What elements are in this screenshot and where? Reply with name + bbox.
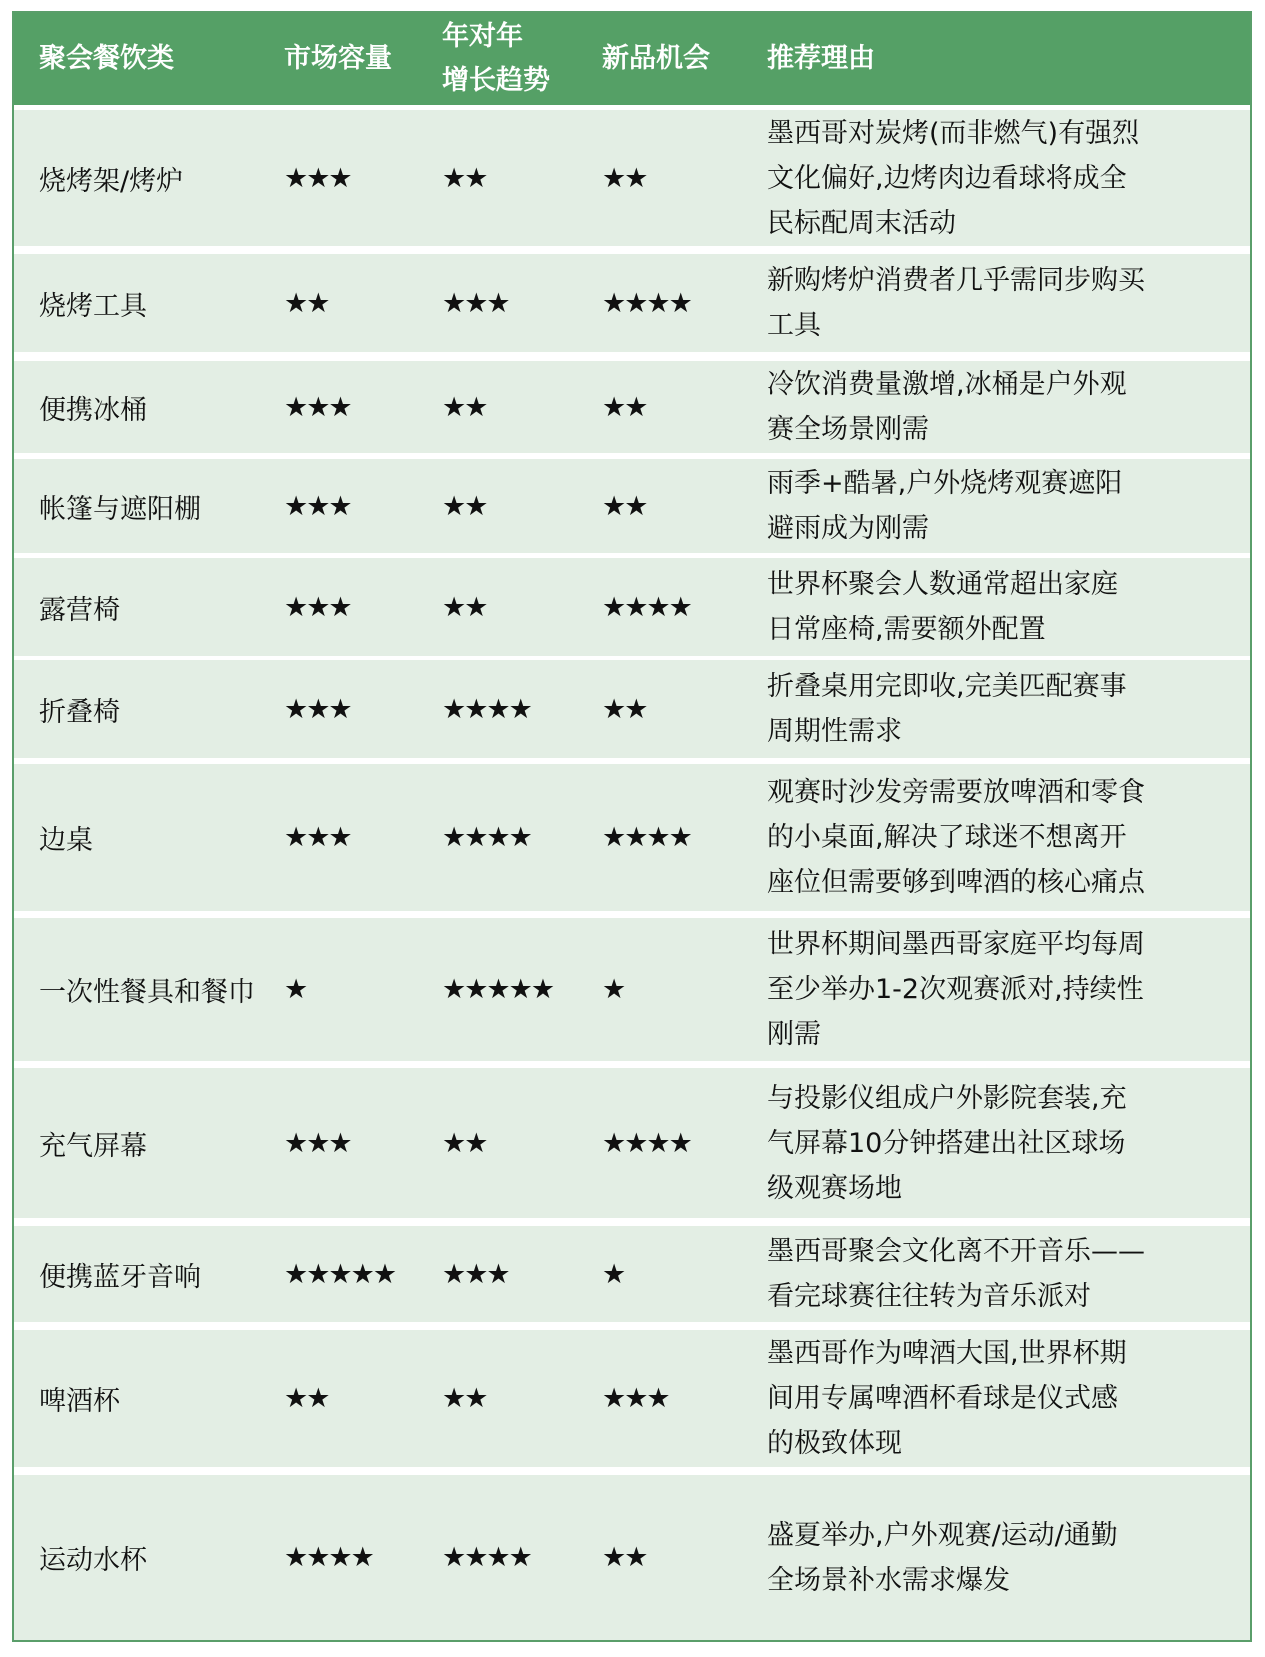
- market-size-rating: ★★★: [284, 1068, 444, 1218]
- market-size-rating: ★★: [284, 254, 444, 352]
- opportunity-rating: ★★: [602, 660, 762, 758]
- category-cell: 烧烤架/烤炉: [39, 110, 289, 246]
- table-row: 露营椅★★★★★★★★★世界杯聚会人数通常超出家庭 日常座椅,需要额外配置: [14, 558, 1250, 656]
- opportunity-rating: ★: [602, 918, 762, 1061]
- opportunity-rating: ★★: [602, 110, 762, 246]
- table-row: 便携冰桶★★★★★★★冷饮消费量激增,冰桶是户外观 赛全场景刚需: [14, 361, 1250, 453]
- category-cell: 一次性餐具和餐巾: [39, 918, 289, 1061]
- yoy-growth-rating: ★★★: [442, 254, 612, 352]
- yoy-growth-rating: ★★★★: [442, 764, 612, 911]
- table-row: 一次性餐具和餐巾★★★★★★★世界杯期间墨西哥家庭平均每周 至少举办1-2次观赛…: [14, 918, 1250, 1061]
- category-cell: 充气屏幕: [39, 1068, 289, 1218]
- yoy-growth-rating: ★★★★: [442, 1475, 612, 1640]
- header-reason: 推荐理由: [767, 13, 1237, 105]
- reason-cell: 墨西哥对炭烤(而非燃气)有强烈 文化偏好,边烤肉边看球将成全 民标配周末活动: [767, 110, 1237, 246]
- reason-cell: 冷饮消费量激增,冰桶是户外观 赛全场景刚需: [767, 361, 1237, 453]
- category-cell: 边桌: [39, 764, 289, 911]
- reason-cell: 世界杯聚会人数通常超出家庭 日常座椅,需要额外配置: [767, 558, 1237, 656]
- market-size-rating: ★: [284, 918, 444, 1061]
- opportunity-rating: ★★★★: [602, 764, 762, 911]
- header-market-size: 市场容量: [284, 13, 444, 105]
- table-row: 运动水杯★★★★★★★★★★盛夏举办,户外观赛/运动/通勤 全场景补水需求爆发: [14, 1475, 1250, 1640]
- opportunity-rating: ★★: [602, 459, 762, 553]
- header-new-product-opportunity: 新品机会: [602, 13, 762, 105]
- category-cell: 露营椅: [39, 558, 289, 656]
- market-size-rating: ★★★: [284, 361, 444, 453]
- market-size-rating: ★★★★★: [284, 1226, 444, 1322]
- market-size-rating: ★★★: [284, 558, 444, 656]
- reason-cell: 雨季+酷暑,户外烧烤观赛遮阳 避雨成为刚需: [767, 459, 1237, 553]
- yoy-growth-rating: ★★: [442, 110, 612, 246]
- category-cell: 帐篷与遮阳棚: [39, 459, 289, 553]
- reason-cell: 与投影仪组成户外影院套装,充 气屏幕10分钟搭建出社区球场 级观赛场地: [767, 1068, 1237, 1218]
- opportunity-rating: ★★★★: [602, 558, 762, 656]
- market-size-rating: ★★★: [284, 459, 444, 553]
- market-size-rating: ★★★: [284, 110, 444, 246]
- category-cell: 便携蓝牙音响: [39, 1226, 289, 1322]
- table-row: 边桌★★★★★★★★★★★观赛时沙发旁需要放啤酒和零食 的小桌面,解决了球迷不想…: [14, 764, 1250, 911]
- market-size-rating: ★★: [284, 1330, 444, 1467]
- yoy-growth-rating: ★★★★★: [442, 918, 612, 1061]
- table-row: 折叠椅★★★★★★★★★折叠桌用完即收,完美匹配赛事 周期性需求: [14, 660, 1250, 758]
- yoy-growth-rating: ★★: [442, 361, 612, 453]
- opportunity-rating: ★: [602, 1226, 762, 1322]
- table-row: 烧烤架/烤炉★★★★★★★墨西哥对炭烤(而非燃气)有强烈 文化偏好,边烤肉边看球…: [14, 110, 1250, 246]
- category-cell: 烧烤工具: [39, 254, 289, 352]
- opportunity-rating: ★★★★: [602, 1068, 762, 1218]
- yoy-growth-rating: ★★★★: [442, 660, 612, 758]
- table-row: 充气屏幕★★★★★★★★★与投影仪组成户外影院套装,充 气屏幕10分钟搭建出社区…: [14, 1068, 1250, 1218]
- table-header: 聚会餐饮类 市场容量 年对年 增长趋势 新品机会 推荐理由: [14, 13, 1250, 105]
- header-yoy-growth: 年对年 增长趋势: [442, 13, 612, 105]
- table-row: 便携蓝牙音响★★★★★★★★★墨西哥聚会文化离不开音乐—— 看完球赛往往转为音乐…: [14, 1226, 1250, 1322]
- opportunity-rating: ★★★★: [602, 254, 762, 352]
- category-cell: 运动水杯: [39, 1475, 289, 1640]
- opportunity-rating: ★★: [602, 1475, 762, 1640]
- market-size-rating: ★★★★: [284, 1475, 444, 1640]
- yoy-growth-rating: ★★: [442, 1330, 612, 1467]
- yoy-growth-rating: ★★: [442, 558, 612, 656]
- reason-cell: 盛夏举办,户外观赛/运动/通勤 全场景补水需求爆发: [767, 1475, 1237, 1640]
- table-row: 帐篷与遮阳棚★★★★★★★雨季+酷暑,户外烧烤观赛遮阳 避雨成为刚需: [14, 459, 1250, 553]
- category-cell: 折叠椅: [39, 660, 289, 758]
- reason-cell: 世界杯期间墨西哥家庭平均每周 至少举办1-2次观赛派对,持续性 刚需: [767, 918, 1237, 1061]
- opportunity-rating: ★★: [602, 361, 762, 453]
- market-size-rating: ★★★: [284, 764, 444, 911]
- category-cell: 啤酒杯: [39, 1330, 289, 1467]
- reason-cell: 墨西哥聚会文化离不开音乐—— 看完球赛往往转为音乐派对: [767, 1226, 1237, 1322]
- yoy-growth-rating: ★★: [442, 459, 612, 553]
- opportunity-rating: ★★★: [602, 1330, 762, 1467]
- reason-cell: 墨西哥作为啤酒大国,世界杯期 间用专属啤酒杯看球是仪式感 的极致体现: [767, 1330, 1237, 1467]
- category-cell: 便携冰桶: [39, 361, 289, 453]
- yoy-growth-rating: ★★: [442, 1068, 612, 1218]
- market-size-rating: ★★★: [284, 660, 444, 758]
- table-row: 啤酒杯★★★★★★★墨西哥作为啤酒大国,世界杯期 间用专属啤酒杯看球是仪式感 的…: [14, 1330, 1250, 1467]
- table-row: 烧烤工具★★★★★★★★★新购烤炉消费者几乎需同步购买 工具: [14, 254, 1250, 352]
- reason-cell: 新购烤炉消费者几乎需同步购买 工具: [767, 254, 1237, 352]
- reason-cell: 观赛时沙发旁需要放啤酒和零食 的小桌面,解决了球迷不想离开 座位但需要够到啤酒的…: [767, 764, 1237, 911]
- yoy-growth-rating: ★★★: [442, 1226, 612, 1322]
- reason-cell: 折叠桌用完即收,完美匹配赛事 周期性需求: [767, 660, 1237, 758]
- product-recommendation-table: 聚会餐饮类 市场容量 年对年 增长趋势 新品机会 推荐理由 烧烤架/烤炉★★★★…: [12, 11, 1252, 1642]
- header-category: 聚会餐饮类: [39, 13, 289, 105]
